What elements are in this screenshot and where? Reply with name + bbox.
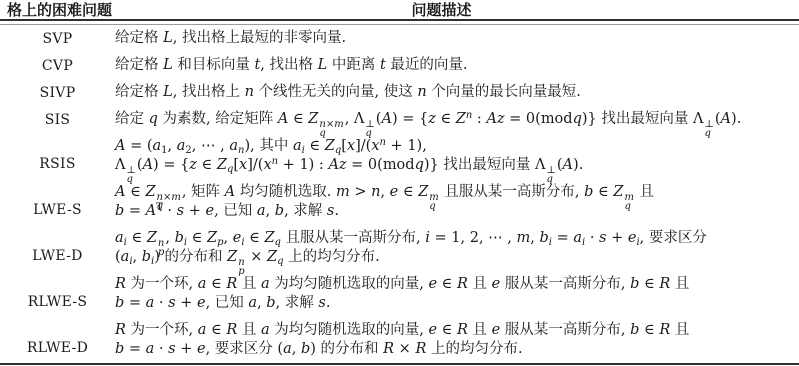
- problem-name: SIS: [0, 112, 115, 128]
- description-line: 给定 q 为素数, 给定矩阵 A ∈ Zn×mq, Λ⊥q(A) = {z ∈ …: [115, 106, 799, 133]
- description-line: R 为一个环, a ∈ R 且 a 为均匀随机选取的向量, e ∈ R 且 e …: [115, 275, 799, 294]
- description-line: b = AT · s + e, 已知 a, b, 求解 s.: [115, 202, 799, 221]
- math-expression: b ∈ R: [630, 322, 670, 338]
- table-row-lwe-d: LWE-D ai ∈ Znp, bi ∈ Zp, ei ∈ Zq 且服从某一高斯…: [0, 225, 799, 271]
- table-row-sis: SIS 给定 q 为素数, 给定矩阵 A ∈ Zn×mq, Λ⊥q(A) = {…: [0, 106, 799, 133]
- math-expression: a, b: [257, 203, 284, 219]
- header-problems-column: 格上的困难问题: [0, 0, 122, 20]
- math-expression: A: [225, 184, 235, 200]
- bottom-rule: [0, 363, 799, 365]
- math-expression: e: [492, 276, 501, 292]
- math-expression: a, b: [248, 295, 275, 311]
- math-expression: t: [254, 57, 260, 73]
- problem-description: 给定格 L 和目标向量 t, 找出格 L 中距离 t 最近的向量.: [115, 52, 799, 79]
- math-expression: q: [149, 111, 158, 127]
- table-row-rlwe-s: RLWE-S R 为一个环, a ∈ R 且 a 为均匀随机选取的向量, e ∈…: [0, 271, 799, 317]
- header-description-column: 问题描述: [122, 0, 799, 20]
- math-expression: A = (a1, a2, ⋯ , an): [115, 138, 250, 154]
- table-header-row: 格上的困难问题 问题描述: [0, 0, 799, 18]
- math-expression: b = a · s + e: [115, 295, 206, 311]
- description-line: A ∈ Zn×mq, 矩阵 A 均匀随机选取. m > n, e ∈ Zmq 且…: [115, 183, 799, 202]
- table-row-rsis: RSIS A = (a1, a2, ⋯ , an), 其中 ai ∈ Zq[x]…: [0, 133, 799, 179]
- table-row-sivp: SIVP 给定格 L, 找出格上 n 个线性无关的向量, 使这 n 个向量的最长…: [0, 79, 799, 106]
- problem-description: A = (a1, a2, ⋯ , an), 其中 ai ∈ Zq[x]/(xn …: [115, 133, 799, 179]
- problem-name: RLWE-S: [0, 271, 115, 317]
- math-expression: R: [115, 276, 126, 292]
- math-expression: e ∈ R: [428, 276, 467, 292]
- description-line: A = (a1, a2, ⋯ , an), 其中 ai ∈ Zq[x]/(xn …: [115, 137, 799, 156]
- table-body: SVP 给定格 L, 找出格上最短的非零向量. CVP 给定格 L 和目标向量 …: [0, 25, 799, 363]
- math-expression: m > n: [336, 184, 380, 200]
- math-expression: ai ∈ Zq[x]/(xn + 1): [293, 138, 422, 154]
- math-expression: R: [115, 322, 126, 338]
- problem-description: A ∈ Zn×mq, 矩阵 A 均匀随机选取. m > n, e ∈ Zmq 且…: [115, 179, 799, 225]
- math-expression: a ∈ R: [198, 322, 238, 338]
- problem-description: 给定 q 为素数, 给定矩阵 A ∈ Zn×mq, Λ⊥q(A) = {z ∈ …: [115, 106, 799, 133]
- math-expression: (ai, bi): [115, 249, 160, 265]
- math-expression: R × R: [383, 341, 426, 357]
- problem-description: ai ∈ Znp, bi ∈ Zp, ei ∈ Zq 且服从某一高斯分布, i …: [115, 225, 799, 271]
- problem-description: 给定格 L, 找出格上 n 个线性无关的向量, 使这 n 个向量的最长向量最短.: [115, 79, 799, 106]
- math-expression: (a, b): [277, 341, 316, 357]
- math-expression: n: [417, 84, 426, 100]
- problem-description: R 为一个环, a ∈ R 且 a 为均匀随机选取的向量, e ∈ R 且 e …: [115, 271, 799, 317]
- math-expression: e ∈ R: [428, 322, 467, 338]
- problem-name: SVP: [0, 31, 115, 47]
- problem-description: R 为一个环, a ∈ R 且 a 为均匀随机选取的向量, e ∈ R 且 e …: [115, 317, 799, 363]
- problem-name: RSIS: [0, 133, 115, 179]
- math-expression: L: [163, 57, 173, 73]
- math-expression: L: [318, 57, 328, 73]
- math-expression: s: [327, 203, 334, 219]
- table-row-lwe-s: LWE-S A ∈ Zn×mq, 矩阵 A 均匀随机选取. m > n, e ∈…: [0, 179, 799, 225]
- description-line: ai ∈ Znp, bi ∈ Zp, ei ∈ Zq 且服从某一高斯分布, i …: [115, 229, 799, 248]
- math-expression: L: [163, 84, 173, 100]
- description-line: Λ⊥q(A) = {z ∈ Zq[x]/(xn + 1) : Az = 0(mo…: [115, 156, 799, 175]
- math-expression: i = 1, 2, ⋯ , m, bi = ai · s + ei: [425, 230, 639, 246]
- math-expression: n: [245, 84, 254, 100]
- math-expression: Λ⊥q(A): [693, 111, 737, 127]
- math-expression: Λ⊥q(A) = {z ∈ Zq[x]/(xn + 1) : Az = 0(mo…: [115, 157, 439, 173]
- table-row-rlwe-d: RLWE-D R 为一个环, a ∈ R 且 a 为均匀随机选取的向量, e ∈…: [0, 317, 799, 363]
- table-row-svp: SVP 给定格 L, 找出格上最短的非零向量.: [0, 25, 799, 52]
- math-expression: Znp × Zq: [227, 249, 283, 265]
- math-expression: s: [318, 295, 325, 311]
- math-expression: a ∈ R: [198, 276, 238, 292]
- math-expression: A ∈ Zn×mq: [115, 184, 182, 200]
- problem-name: RLWE-D: [0, 317, 115, 363]
- problem-name: CVP: [0, 58, 115, 74]
- description-line: b = a · s + e, 要求区分 (a, b) 的分布和 R × R 上的…: [115, 340, 799, 359]
- description-line: b = a · s + e, 已知 a, b, 求解 s.: [115, 294, 799, 313]
- description-line: 给定格 L, 找出格上最短的非零向量.: [115, 25, 799, 52]
- math-expression: b = a · s + e: [115, 341, 206, 357]
- description-line: 给定格 L 和目标向量 t, 找出格 L 中距离 t 最近的向量.: [115, 52, 799, 79]
- math-expression: A ∈ Zn×mq: [278, 111, 345, 127]
- math-expression: a: [261, 276, 270, 292]
- math-expression: Λ⊥q(A): [535, 157, 579, 173]
- table-row-cvp: CVP 给定格 L 和目标向量 t, 找出格 L 中距离 t 最近的向量.: [0, 52, 799, 79]
- math-expression: e: [492, 322, 501, 338]
- description-line: R 为一个环, a ∈ R 且 a 为均匀随机选取的向量, e ∈ R 且 e …: [115, 321, 799, 340]
- problem-name: LWE-D: [0, 225, 115, 271]
- math-expression: b ∈ Zmq: [584, 184, 635, 200]
- math-expression: ai ∈ Znp, bi ∈ Zp, ei ∈ Zq: [115, 230, 281, 246]
- math-expression: t: [380, 57, 386, 73]
- description-line: 给定格 L, 找出格上 n 个线性无关的向量, 使这 n 个向量的最长向量最短.: [115, 79, 799, 106]
- math-expression: b = AT · s + e: [115, 203, 214, 219]
- problem-name: LWE-S: [0, 179, 115, 225]
- math-expression: e ∈ Zmq: [390, 184, 440, 200]
- math-expression: L: [163, 30, 173, 46]
- math-expression: a: [261, 322, 270, 338]
- description-line: (ai, bi) 的分布和 Znp × Zq 上的均匀分布.: [115, 248, 799, 267]
- math-expression: b ∈ R: [630, 276, 670, 292]
- problem-name: SIVP: [0, 85, 115, 101]
- math-expression: Λ⊥q(A) = {z ∈ Zn : Az = 0(modq)}: [354, 111, 597, 127]
- problem-description: 给定格 L, 找出格上最短的非零向量.: [115, 25, 799, 52]
- lattice-problems-table: 格上的困难问题 问题描述 SVP 给定格 L, 找出格上最短的非零向量. CVP…: [0, 0, 799, 366]
